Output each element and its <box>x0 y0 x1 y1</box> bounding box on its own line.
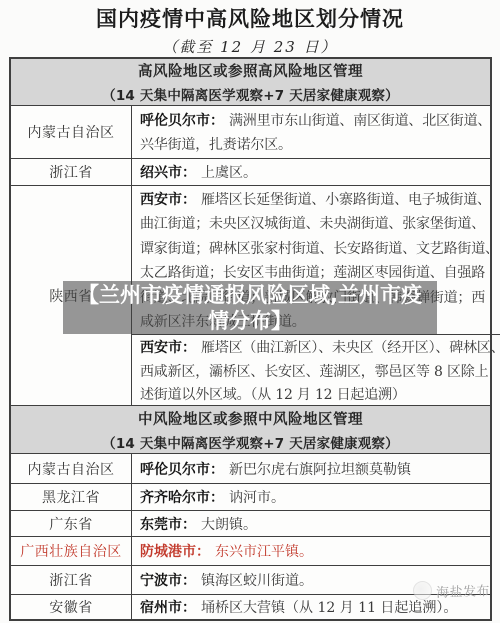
detail-text: 雁塔区长延堡街道、小寨路街道、电子城街道、 <box>201 192 491 208</box>
detail-text: 讷河市。 <box>229 487 285 507</box>
medium-risk-header: 中风险地区或参照中风险地区管理 （14 天集中隔离医学观察+7 天居家健康观察） <box>11 406 490 454</box>
province-cell: 内蒙古自治区 <box>11 454 132 483</box>
detail-line: 呼伦贝尔市：满洲里市东山街道、南区街道、北区街道、 <box>140 109 491 133</box>
detail-text: 上虞区。 <box>201 162 257 182</box>
medium-risk-header-subtitle: （14 天集中隔离医学观察+7 天居家健康观察） <box>102 432 399 452</box>
city-label: 宿州市： <box>140 597 196 617</box>
city-label: 宁波市： <box>140 570 196 590</box>
detail-text: 东兴市江平镇。 <box>215 541 313 561</box>
city-label: 齐齐哈尔市： <box>140 487 224 507</box>
page-title: 国内疫情中高风险地区划分情况 <box>0 3 500 33</box>
detail-line: 兴华街道，扎赉诺尔区。 <box>140 133 491 157</box>
detail-line: 西安市：雁塔区（曲江新区）、未央区（经开区）、碑林区、 <box>140 337 500 361</box>
detail-cell: 绍兴市：上虞区。 <box>132 159 490 185</box>
caption-line-2: 情分布】 <box>208 308 292 334</box>
detail-text: 埇桥区大营镇（从 12 月 11 日起追溯）。 <box>201 597 457 617</box>
detail-cell: 防城港市：东兴市江平镇。 <box>132 537 490 565</box>
table-row: 广东省 东莞市：大朗镇。 <box>11 511 490 537</box>
detail-line: 曲江街道；未央区汉城街道、未央湖街道、张家堡街道、 <box>140 212 500 236</box>
detail-cell: 呼伦贝尔市：满洲里市东山街道、南区街道、北区街道、 兴华街道，扎赉诺尔区。 <box>132 106 494 158</box>
page-subtitle: （截至 12 月 23 日） <box>0 36 500 57</box>
table-row-guangxi-highlighted: 广西壮族自治区 防城港市：东兴市江平镇。 <box>11 537 490 566</box>
caption-overlay: 【兰州市疫情通报风险区域,兰州市疫 情分布】 <box>63 281 437 334</box>
province-cell: 广东省 <box>11 511 132 536</box>
province-cell: 浙江省 <box>11 566 132 594</box>
detail-cell: 西安市：雁塔区（曲江新区）、未央区（经开区）、碑林区、 西咸新区，灞桥区、长安区… <box>132 334 500 405</box>
province-cell: 内蒙古自治区 <box>11 106 132 158</box>
detail-line: 谭家街道；碑林区张家村街道、长安路街道、文艺路街道、 <box>140 237 500 261</box>
risk-area-table: 高风险地区或参照高风险地区管理 （14 天集中隔离医学观察+7 天居家健康观察）… <box>9 57 492 621</box>
province-cell: 黑龙江省 <box>11 484 132 510</box>
detail-text: 雁塔区（曲江新区）、未央区（经开区）、碑林区、 <box>201 340 500 356</box>
detail-cell: 呼伦贝尔市：新巴尔虎右旗阿拉坦额莫勒镇 <box>132 454 490 483</box>
detail-text: 镇海区蛟川街道。 <box>201 570 313 590</box>
table-row: 内蒙古自治区 呼伦贝尔市：满洲里市东山街道、南区街道、北区街道、 兴华街道，扎赉… <box>11 106 490 159</box>
high-risk-header: 高风险地区或参照高风险地区管理 （14 天集中隔离医学观察+7 天居家健康观察） <box>11 59 490 106</box>
province-cell: 安徽省 <box>11 595 132 619</box>
city-label: 呼伦贝尔市： <box>140 113 224 129</box>
province-cell: 浙江省 <box>11 159 132 185</box>
detail-line: 西安市：雁塔区长延堡街道、小寨路街道、电子城街道、 <box>140 188 500 212</box>
caption-line-1: 【兰州市疫情通报风险区域,兰州市疫 <box>78 282 422 308</box>
detail-line: 西咸新区，灞桥区、长安区、莲湖区，鄠邑区等 8 区除上 <box>140 361 500 385</box>
watermark-logo-icon <box>413 581 432 600</box>
watermark: 海盐发布 <box>413 581 490 600</box>
city-label: 东莞市： <box>140 514 196 534</box>
high-risk-header-subtitle: （14 天集中隔离医学观察+7 天居家健康观察） <box>102 84 399 104</box>
detail-text: 大朗镇。 <box>201 514 257 534</box>
detail-text: 新巴尔虎右旗阿拉坦额莫勒镇 <box>229 459 411 479</box>
table-row: 黑龙江省 齐齐哈尔市：讷河市。 <box>11 484 490 511</box>
city-label: 呼伦贝尔市： <box>140 459 224 479</box>
detail-text: 满洲里市东山街道、南区街道、北区街道、 <box>229 113 491 129</box>
table-row: 内蒙古自治区 呼伦贝尔市：新巴尔虎右旗阿拉坦额莫勒镇 <box>11 454 490 484</box>
high-risk-header-title: 高风险地区或参照高风险地区管理 <box>138 60 363 81</box>
city-label: 西安市： <box>140 340 196 356</box>
table-row: 浙江省 绍兴市：上虞区。 <box>11 159 490 186</box>
city-label: 绍兴市： <box>140 162 196 182</box>
medium-risk-header-title: 中风险地区或参照中风险地区管理 <box>138 408 363 429</box>
watermark-text: 海盐发布 <box>436 580 491 601</box>
detail-line: 述街道以外区域。（从 12 月 12 日起追溯） <box>140 384 500 408</box>
city-label: 防城港市： <box>140 541 210 561</box>
city-label: 西安市： <box>140 192 196 208</box>
province-cell: 广西壮族自治区 <box>11 537 132 565</box>
detail-cell: 东莞市：大朗镇。 <box>132 511 490 536</box>
detail-cell: 齐齐哈尔市：讷河市。 <box>132 484 490 510</box>
